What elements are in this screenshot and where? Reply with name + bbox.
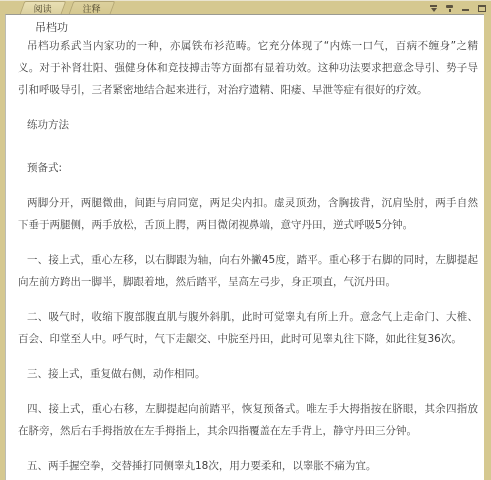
pin-icon[interactable] — [446, 5, 453, 12]
tab-annotation[interactable]: 注释 — [69, 1, 116, 14]
tab-bar: 阅读 注释 — [0, 1, 491, 14]
paragraph: 二、吸气时，收缩下腹部腹直肌与腹外斜肌，此时可觉睾丸有所上升。意念气上走命门、大… — [18, 306, 478, 350]
document-title: 吊档功 — [18, 21, 478, 35]
paragraph: 五、两手握空拳，交替捶打同侧睾丸18次，用力要柔和，以睾胀不痛为宜。 — [18, 455, 478, 477]
paragraph: 四、接上式，重心右移，左脚提起向前踏平，恢复预备式。唯左手大拇指按在脐眼，其余四… — [18, 398, 478, 442]
paragraph: 一、接上式，重心左移，以右脚跟为轴，向右外撇45度，踏平。重心移于右脚的同时，左… — [18, 249, 478, 293]
paragraph: 三、接上式，重复做右侧，动作相同。 — [18, 363, 478, 385]
tab-read[interactable]: 阅读 — [20, 1, 67, 14]
document-page: 吊档功 吊档功系武当内家功的一种，亦属铁布衫范畴。它充分体现了“内炼一口气，百病… — [5, 14, 484, 480]
maximize-icon[interactable] — [478, 5, 486, 12]
minimize-icon[interactable] — [462, 5, 469, 11]
collapse-icon[interactable] — [430, 5, 437, 12]
paragraph: 两脚分开，两腿微曲，间距与肩同宽，两足尖内扣。虚灵顶劲，含胸拔背，沉肩坠肘，两手… — [18, 192, 478, 236]
tab-read-label: 阅读 — [34, 2, 52, 15]
reader-window: 阅读 注释 吊档功 吊档功系武当内家功的一种，亦属铁布衫范畴。它充分体现了“内炼… — [0, 0, 491, 480]
paragraph: 吊档功系武当内家功的一种，亦属铁布衫范畴。它充分体现了“内炼一口气，百病不缠身”… — [18, 35, 478, 101]
window-controls — [430, 3, 486, 13]
document-content: 吊档功 吊档功系武当内家功的一种，亦属铁布衫范畴。它充分体现了“内炼一口气，百病… — [6, 15, 484, 477]
subsection-heading: 预备式: — [18, 157, 478, 179]
tab-annotation-label: 注释 — [83, 2, 101, 15]
section-heading: 练功方法 — [18, 114, 478, 136]
